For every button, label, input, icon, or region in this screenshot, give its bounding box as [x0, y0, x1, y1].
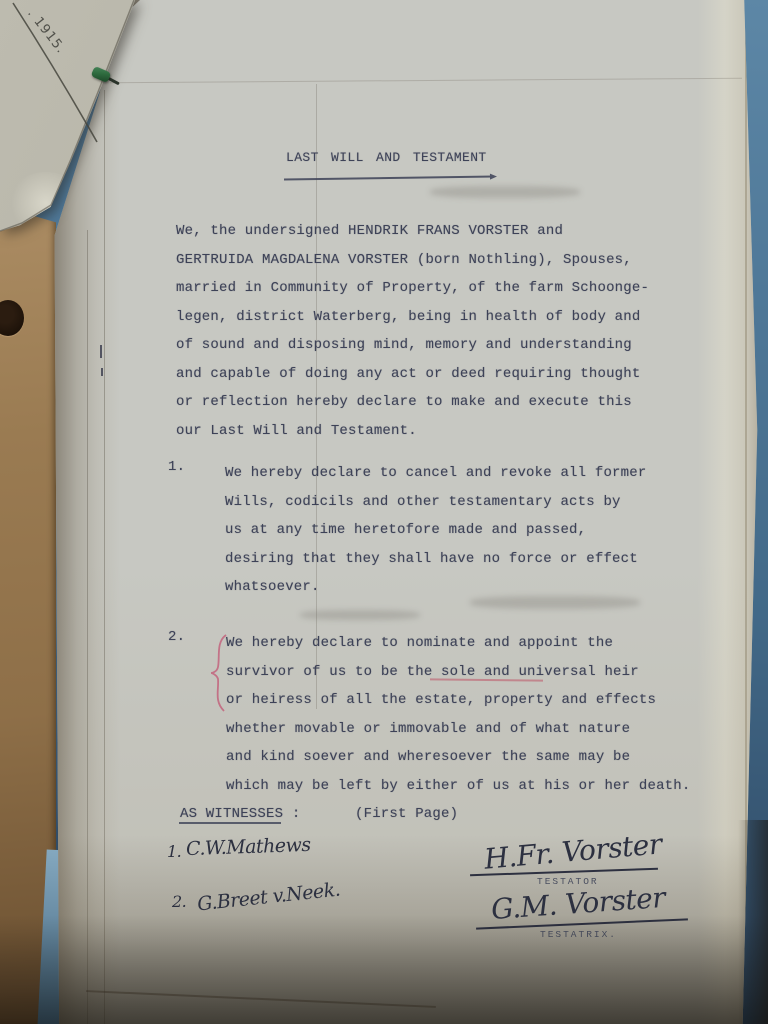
document-title: LAST WILL AND TESTAMENT	[286, 150, 487, 165]
photo-background: LAST WILL AND TESTAMENT We, the undersig…	[0, 0, 768, 1024]
page-right-edge-line	[745, 0, 747, 1024]
page-right-edge-shading	[698, 0, 758, 1024]
clause-line: which may be left by either of us at his…	[226, 772, 690, 801]
clause-line: We hereby declare to cancel and revoke a…	[225, 459, 646, 488]
page-bottom-shadow	[0, 835, 768, 1024]
page-left-edge-shading	[54, 0, 120, 1024]
bleed-through-smudge	[300, 610, 420, 620]
intro-line: our Last Will and Testament.	[176, 417, 649, 446]
intro-line: of sound and disposing mind, memory and …	[176, 331, 649, 360]
page-corner-fold	[96, 0, 140, 30]
clause-line: whether movable or immovable and of what…	[226, 715, 690, 744]
witnesses-underline	[179, 822, 281, 824]
page-edge-line	[104, 90, 105, 1024]
ink-dash	[100, 345, 102, 358]
intro-line: legen, district Waterberg, being in heal…	[176, 303, 649, 332]
clause-1: We hereby declare to cancel and revoke a…	[225, 459, 646, 602]
testatrix-label: TESTATRIX.	[540, 929, 617, 940]
year-note: . 1915.	[24, 6, 68, 57]
clause-2-number: 2.	[168, 629, 185, 645]
intro-line: and capable of doing any act or deed req…	[176, 360, 649, 389]
page-top-crease	[110, 78, 742, 83]
clause-line: or heiress of all the estate, property a…	[226, 686, 690, 715]
intro-line: married in Community of Property, of the…	[176, 274, 649, 303]
page-bottom-crease	[86, 990, 436, 1008]
clause-2: We hereby declare to nominate and appoin…	[226, 629, 690, 800]
bleed-through-smudge	[430, 186, 580, 198]
clause-line: desiring that they shall have no force o…	[225, 545, 646, 574]
intro-paragraph: We, the undersigned HENDRIK FRANS VORSTE…	[176, 217, 649, 445]
page-edge-line	[87, 230, 88, 1024]
clause-line: survivor of us to be the sole and univer…	[226, 658, 690, 687]
page-label: (First Page)	[355, 806, 458, 822]
red-brace-annotation	[208, 633, 230, 713]
witness-1-signature: C.W.Mathews	[186, 834, 311, 860]
clause-line: and kind soever and wheresoever the same…	[226, 743, 690, 772]
witnesses-heading: AS WITNESSES :	[180, 806, 300, 822]
clause-line: Wills, codicils and other testamentary a…	[225, 488, 646, 517]
clause-line: whatsoever.	[225, 573, 646, 602]
ink-dash	[101, 368, 103, 376]
witness-1-number: 1.	[167, 842, 181, 861]
intro-line: GERTRUIDA MAGDALENA VORSTER (born Nothli…	[176, 246, 649, 275]
clause-line: us at any time heretofore made and passe…	[225, 516, 646, 545]
intro-line: or reflection hereby declare to make and…	[176, 388, 649, 417]
witness-2-number: 2.	[172, 892, 186, 911]
intro-line: We, the undersigned HENDRIK FRANS VORSTE…	[176, 217, 649, 246]
clause-1-number: 1.	[168, 459, 185, 475]
clause-line: We hereby declare to nominate and appoin…	[226, 629, 690, 658]
